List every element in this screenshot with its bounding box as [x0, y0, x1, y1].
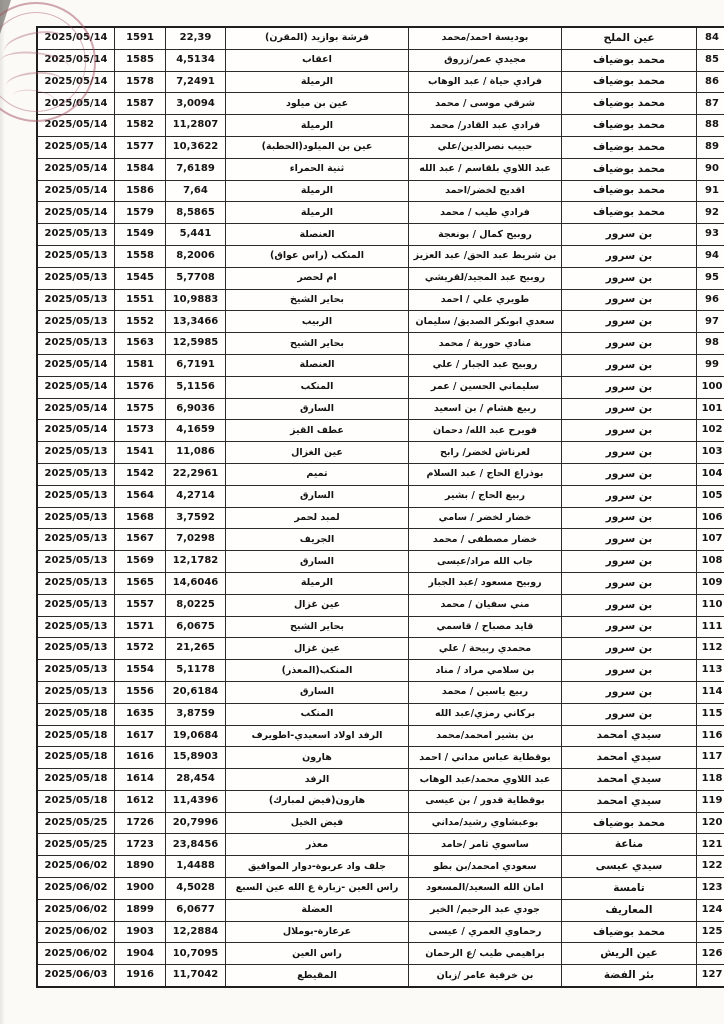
cell-num: 100	[697, 376, 724, 398]
cell-place: فيض الخيل	[226, 812, 409, 834]
cell-date: 2025/05/14	[37, 71, 115, 93]
cell-date: 2025/05/13	[37, 442, 115, 464]
cell-name: محمدي ربيحة / علي	[409, 638, 562, 660]
cell-place: الجريف	[226, 529, 409, 551]
cell-name: ربيع الحاج / بشير	[409, 485, 562, 507]
cell-place: جلف واد عربوة-دوار الموافيق	[226, 856, 409, 878]
table-row: 85محمد بوضيافمجيدي عمر/زروقاعقاب4,513415…	[37, 49, 724, 71]
cell-commune: بن سرور	[562, 420, 697, 442]
cell-commune: بن سرور	[562, 594, 697, 616]
cell-num: 122	[697, 856, 724, 878]
cell-id: 1579	[115, 202, 166, 224]
cell-date: 2025/05/14	[37, 376, 115, 398]
cell-area: 5,1178	[166, 660, 226, 682]
cell-area: 7,6189	[166, 158, 226, 180]
cell-id: 1576	[115, 376, 166, 398]
cell-name: قايد مصباح / قاسمي	[409, 616, 562, 638]
cell-id: 1557	[115, 594, 166, 616]
cell-date: 2025/05/14	[37, 93, 115, 115]
cell-place: المنكب	[226, 376, 409, 398]
cell-name: جودي عبد الرحيم/ الخير	[409, 899, 562, 921]
cell-commune: بن سرور	[562, 289, 697, 311]
cell-id: 1541	[115, 442, 166, 464]
cell-commune: سيدي امحمد	[562, 790, 697, 812]
cell-commune: سيدي امحمد	[562, 747, 697, 769]
records-tbody: 84عين الملحبوديسة احمد/محمدفرشة بوازيد (…	[37, 27, 724, 987]
cell-area: 7,0298	[166, 529, 226, 551]
cell-name: مجيدي عمر/زروق	[409, 49, 562, 71]
cell-area: 7,2491	[166, 71, 226, 93]
cell-id: 1903	[115, 921, 166, 943]
cell-commune: بن سرور	[562, 224, 697, 246]
table-row: 87محمد بوضيافشرقي موسى / محمدعين بن ميلو…	[37, 93, 724, 115]
cell-commune: بن سرور	[562, 703, 697, 725]
cell-area: 22,39	[166, 27, 226, 49]
table-row: 112بن سرورمحمدي ربيحة / عليعين غزال21,26…	[37, 638, 724, 660]
cell-place: بحاير الشيح	[226, 333, 409, 355]
cell-num: 105	[697, 485, 724, 507]
cell-name: عبد اللاوي محمد/عبد الوهاب	[409, 769, 562, 791]
cell-place: السارق	[226, 681, 409, 703]
cell-num: 102	[697, 420, 724, 442]
cell-area: 12,2884	[166, 921, 226, 943]
cell-commune: عين الملح	[562, 27, 697, 49]
cell-id: 1577	[115, 136, 166, 158]
cell-name: بن سلامي مراد / مناد	[409, 660, 562, 682]
table-row: 84عين الملحبوديسة احمد/محمدفرشة بوازيد (…	[37, 27, 724, 49]
cell-area: 12,5985	[166, 333, 226, 355]
cell-area: 10,9883	[166, 289, 226, 311]
cell-place: الرفد اولاد اسعيدي-اطويرف	[226, 725, 409, 747]
table-row: 125محمد بوضيافرحماوي العمري / عيسىعرعارة…	[37, 921, 724, 943]
cell-num: 92	[697, 202, 724, 224]
table-row: 124المعاريفجودي عبد الرحيم/ الخيرالعضلة6…	[37, 899, 724, 921]
cell-date: 2025/06/02	[37, 921, 115, 943]
cell-name: روبيح كمال / بونعجة	[409, 224, 562, 246]
table-row: 109بن سرورروبيح مسعود /عبد الجبارالرميلة…	[37, 572, 724, 594]
cell-commune: بن سرور	[562, 681, 697, 703]
cell-area: 19,0684	[166, 725, 226, 747]
cell-commune: بن سرور	[562, 551, 697, 573]
cell-place: العنصلة	[226, 354, 409, 376]
cell-place: هارون(فيض لمبارك)	[226, 790, 409, 812]
cell-num: 94	[697, 245, 724, 267]
cell-place: الرميلة	[226, 180, 409, 202]
cell-commune: بن سرور	[562, 507, 697, 529]
table-row: 123تامسةامان الله السعيد/المسعودراس العي…	[37, 878, 724, 900]
cell-num: 98	[697, 333, 724, 355]
cell-id: 1552	[115, 311, 166, 333]
cell-area: 5,7708	[166, 267, 226, 289]
cell-name: روبيح مسعود /عبد الجبار	[409, 572, 562, 594]
cell-area: 21,265	[166, 638, 226, 660]
table-row: 127بئر الفضةبن خرفية عامر /زبانالمقيطع11…	[37, 965, 724, 987]
cell-num: 124	[697, 899, 724, 921]
cell-place: عين بن ميلود	[226, 93, 409, 115]
table-row: 101بن سرورربيع هشام / بن اسعيدالسارق6,90…	[37, 398, 724, 420]
cell-place: اعقاب	[226, 49, 409, 71]
cell-area: 4,1659	[166, 420, 226, 442]
cell-id: 1556	[115, 681, 166, 703]
cell-name: حبيب نصرالدين/علي	[409, 136, 562, 158]
cell-date: 2025/06/02	[37, 943, 115, 965]
cell-num: 99	[697, 354, 724, 376]
cell-name: عبد اللاوي بلقاسم / عبد الله	[409, 158, 562, 180]
cell-date: 2025/05/14	[37, 202, 115, 224]
cell-date: 2025/05/18	[37, 790, 115, 812]
cell-date: 2025/06/02	[37, 856, 115, 878]
cell-date: 2025/05/13	[37, 616, 115, 638]
table-row: 94بن سروربن شريط عبد الحق/ عبد العزيزالم…	[37, 245, 724, 267]
cell-name: بركاني رمزي/عبد الله	[409, 703, 562, 725]
scan-corner-artifact	[0, 0, 11, 34]
cell-date: 2025/05/14	[37, 136, 115, 158]
cell-date: 2025/05/13	[37, 572, 115, 594]
scanned-page: ✶ 84عين الملحبوديسة احمد/محمدفرشة بوازيد…	[0, 0, 724, 1024]
table-row: 126عين الريشبراهيمي طيب /ع الرحمانراس ال…	[37, 943, 724, 965]
table-row: 110بن سرورمني سفيان / محمدعين غزال8,0225…	[37, 594, 724, 616]
cell-id: 1558	[115, 245, 166, 267]
cell-id: 1568	[115, 507, 166, 529]
cell-num: 106	[697, 507, 724, 529]
cell-name: ربيع ياسين / محمد	[409, 681, 562, 703]
cell-id: 1572	[115, 638, 166, 660]
cell-place: الربيب	[226, 311, 409, 333]
cell-num: 110	[697, 594, 724, 616]
cell-area: 11,7042	[166, 965, 226, 987]
cell-date: 2025/05/25	[37, 834, 115, 856]
table-row: 114بن سرورربيع ياسين / محمدالسارق20,6184…	[37, 681, 724, 703]
cell-area: 8,2006	[166, 245, 226, 267]
cell-num: 104	[697, 463, 724, 485]
cell-area: 6,9036	[166, 398, 226, 420]
cell-date: 2025/05/14	[37, 115, 115, 137]
table-row: 103بن سرورلعرناش لخضر/ رابحعين الغزال11,…	[37, 442, 724, 464]
cell-name: بوقطاية عباس مداني / احمد	[409, 747, 562, 769]
cell-num: 119	[697, 790, 724, 812]
cell-name: فرادي طيب / محمد	[409, 202, 562, 224]
cell-id: 1571	[115, 616, 166, 638]
cell-commune: بن سرور	[562, 660, 697, 682]
cell-num: 121	[697, 834, 724, 856]
cell-id: 1916	[115, 965, 166, 987]
table-row: 117سيدي امحمدبوقطاية عباس مداني / احمدها…	[37, 747, 724, 769]
table-row: 116سيدي امحمدبن بشير امحمد/محمدالرفد اول…	[37, 725, 724, 747]
cell-place: عطف القيز	[226, 420, 409, 442]
cell-place: السارق	[226, 398, 409, 420]
cell-id: 1899	[115, 899, 166, 921]
cell-date: 2025/05/13	[37, 485, 115, 507]
cell-area: 6,0675	[166, 616, 226, 638]
cell-date: 2025/05/13	[37, 267, 115, 289]
cell-commune: بن سرور	[562, 311, 697, 333]
cell-num: 97	[697, 311, 724, 333]
cell-commune: بن سرور	[562, 333, 697, 355]
cell-date: 2025/05/13	[37, 529, 115, 551]
table-row: 93بن سرورروبيح كمال / بونعجةالعنصلة5,441…	[37, 224, 724, 246]
cell-id: 1564	[115, 485, 166, 507]
cell-id: 1581	[115, 354, 166, 376]
cell-commune: سيدي عيسى	[562, 856, 697, 878]
cell-date: 2025/05/13	[37, 245, 115, 267]
cell-name: رحماوي العمري / عيسى	[409, 921, 562, 943]
cell-name: لعرناش لخضر/ رابح	[409, 442, 562, 464]
cell-place: هارون	[226, 747, 409, 769]
cell-commune: محمد بوضياف	[562, 158, 697, 180]
cell-area: 20,7996	[166, 812, 226, 834]
records-table: 84عين الملحبوديسة احمد/محمدفرشة بوازيد (…	[36, 26, 724, 988]
table-row: 89محمد بوضيافحبيب نصرالدين/عليعين بن الم…	[37, 136, 724, 158]
cell-date: 2025/06/02	[37, 899, 115, 921]
cell-area: 15,8903	[166, 747, 226, 769]
cell-date: 2025/05/14	[37, 420, 115, 442]
cell-id: 1614	[115, 769, 166, 791]
cell-name: سعدي ابوبكر الصديق/ سليمان	[409, 311, 562, 333]
cell-place: المنكب (راس عواق)	[226, 245, 409, 267]
cell-name: فرادي عبد القادر/ محمد	[409, 115, 562, 137]
table-row: 120محمد بوضيافبوعبشاوي رشيد/مدانيفيض الخ…	[37, 812, 724, 834]
cell-commune: بن سرور	[562, 616, 697, 638]
cell-id: 1551	[115, 289, 166, 311]
cell-num: 103	[697, 442, 724, 464]
cell-date: 2025/05/13	[37, 311, 115, 333]
table-row: 98بن سرورمنادي حورية / محمدبحاير الشيح12…	[37, 333, 724, 355]
cell-id: 1575	[115, 398, 166, 420]
table-row: 91محمد بوضيافاقديح لخضر/احمدالرميلة7,641…	[37, 180, 724, 202]
cell-num: 126	[697, 943, 724, 965]
table-row: 102بن سرورفويرح عبد الله/ دحمانعطف القيز…	[37, 420, 724, 442]
cell-name: فويرح عبد الله/ دحمان	[409, 420, 562, 442]
cell-num: 112	[697, 638, 724, 660]
cell-name: امان الله السعيد/المسعود	[409, 878, 562, 900]
cell-commune: بن سرور	[562, 529, 697, 551]
cell-commune: بن سرور	[562, 463, 697, 485]
cell-commune: بن سرور	[562, 398, 697, 420]
cell-name: سعودي امحمد/بن بطو	[409, 856, 562, 878]
cell-area: 23,8456	[166, 834, 226, 856]
cell-place: عرعارة-بوملال	[226, 921, 409, 943]
cell-name: براهيمي طيب /ع الرحمان	[409, 943, 562, 965]
cell-date: 2025/05/18	[37, 703, 115, 725]
table-row: 111بن سرورقايد مصباح / قاسميبحاير الشيح6…	[37, 616, 724, 638]
cell-name: بوقطاية قدور / بن عيسى	[409, 790, 562, 812]
cell-area: 10,3622	[166, 136, 226, 158]
cell-date: 2025/05/18	[37, 769, 115, 791]
cell-id: 1542	[115, 463, 166, 485]
cell-commune: بن سرور	[562, 638, 697, 660]
cell-name: طويري علي / احمد	[409, 289, 562, 311]
table-row: 88محمد بوضياففرادي عبد القادر/ محمدالرمي…	[37, 115, 724, 137]
cell-commune: محمد بوضياف	[562, 921, 697, 943]
cell-commune: مناعة	[562, 834, 697, 856]
cell-place: الرميلة	[226, 71, 409, 93]
cell-num: 95	[697, 267, 724, 289]
cell-commune: سيدي امحمد	[562, 725, 697, 747]
cell-commune: عين الريش	[562, 943, 697, 965]
table-row: 96بن سرورطويري علي / احمدبحاير الشيخ10,9…	[37, 289, 724, 311]
cell-num: 86	[697, 71, 724, 93]
cell-id: 1726	[115, 812, 166, 834]
cell-num: 84	[697, 27, 724, 49]
cell-area: 3,7592	[166, 507, 226, 529]
cell-area: 6,0677	[166, 899, 226, 921]
cell-date: 2025/05/13	[37, 681, 115, 703]
cell-commune: محمد بوضياف	[562, 136, 697, 158]
cell-commune: بن سرور	[562, 354, 697, 376]
cell-num: 115	[697, 703, 724, 725]
cell-place: عين الغزال	[226, 442, 409, 464]
cell-name: بن خرفية عامر /زبان	[409, 965, 562, 987]
cell-num: 101	[697, 398, 724, 420]
cell-id: 1900	[115, 878, 166, 900]
table-row: 100بن سرورسليماني الحسين / عمرالمنكب5,11…	[37, 376, 724, 398]
cell-area: 3,0094	[166, 93, 226, 115]
table-row: 106بن سرورخضار لخضر / ساميلمبد لحمر3,759…	[37, 507, 724, 529]
cell-date: 2025/05/18	[37, 725, 115, 747]
cell-area: 13,3466	[166, 311, 226, 333]
cell-name: بوعبشاوي رشيد/مداني	[409, 812, 562, 834]
cell-id: 1554	[115, 660, 166, 682]
cell-id: 1890	[115, 856, 166, 878]
table-row: 95بن سرورروبيح عبد المجيد/لقريشيام لحصر5…	[37, 267, 724, 289]
cell-place: السارق	[226, 551, 409, 573]
cell-commune: المعاريف	[562, 899, 697, 921]
cell-id: 1578	[115, 71, 166, 93]
cell-name: ربيع هشام / بن اسعيد	[409, 398, 562, 420]
cell-area: 3,8759	[166, 703, 226, 725]
cell-name: منادي حورية / محمد	[409, 333, 562, 355]
cell-area: 28,454	[166, 769, 226, 791]
cell-place: بحاير الشيخ	[226, 289, 409, 311]
cell-area: 4,5134	[166, 49, 226, 71]
cell-commune: بن سرور	[562, 245, 697, 267]
cell-name: بوديسة احمد/محمد	[409, 27, 562, 49]
cell-id: 1545	[115, 267, 166, 289]
cell-num: 116	[697, 725, 724, 747]
cell-place: عين غزال	[226, 638, 409, 660]
cell-place: عين بن الميلود(الحطبة)	[226, 136, 409, 158]
cell-num: 109	[697, 572, 724, 594]
cell-id: 1591	[115, 27, 166, 49]
table-row: 86محمد بوضياففرادي حياة / عبد الوهابالرم…	[37, 71, 724, 93]
cell-num: 87	[697, 93, 724, 115]
cell-date: 2025/05/18	[37, 747, 115, 769]
cell-id: 1567	[115, 529, 166, 551]
cell-area: 11,2807	[166, 115, 226, 137]
cell-commune: تامسة	[562, 878, 697, 900]
cell-area: 5,1156	[166, 376, 226, 398]
table-row: 118سيدي امحمدعبد اللاوي محمد/عبد الوهابا…	[37, 769, 724, 791]
cell-area: 22,2961	[166, 463, 226, 485]
cell-id: 1549	[115, 224, 166, 246]
table-row: 115بن سروربركاني رمزي/عبد اللهالمنكب3,87…	[37, 703, 724, 725]
cell-date: 2025/05/13	[37, 551, 115, 573]
cell-place: المنكب(المعذر)	[226, 660, 409, 682]
cell-commune: بن سرور	[562, 376, 697, 398]
cell-area: 12,1782	[166, 551, 226, 573]
cell-num: 123	[697, 878, 724, 900]
cell-commune: محمد بوضياف	[562, 49, 697, 71]
cell-area: 1,4488	[166, 856, 226, 878]
cell-area: 20,6184	[166, 681, 226, 703]
cell-date: 2025/05/13	[37, 638, 115, 660]
cell-area: 10,7095	[166, 943, 226, 965]
cell-id: 1723	[115, 834, 166, 856]
cell-name: خضار مصطفى / محمد	[409, 529, 562, 551]
cell-commune: سيدي امحمد	[562, 769, 697, 791]
cell-date: 2025/05/13	[37, 594, 115, 616]
cell-num: 111	[697, 616, 724, 638]
table-row: 97بن سرورسعدي ابوبكر الصديق/ سليمانالربي…	[37, 311, 724, 333]
cell-date: 2025/05/13	[37, 333, 115, 355]
cell-area: 8,0225	[166, 594, 226, 616]
cell-area: 4,2714	[166, 485, 226, 507]
cell-num: 91	[697, 180, 724, 202]
cell-date: 2025/05/14	[37, 49, 115, 71]
cell-id: 1587	[115, 93, 166, 115]
cell-num: 85	[697, 49, 724, 71]
table-row: 105بن سرورربيع الحاج / بشيرالسارق4,27141…	[37, 485, 724, 507]
cell-area: 6,7191	[166, 354, 226, 376]
cell-num: 127	[697, 965, 724, 987]
cell-num: 89	[697, 136, 724, 158]
cell-place: العضلة	[226, 899, 409, 921]
cell-commune: بئر الفضة	[562, 965, 697, 987]
cell-place: راس العين -زبارة ع الله عين السبع	[226, 878, 409, 900]
cell-id: 1616	[115, 747, 166, 769]
cell-place: تميم	[226, 463, 409, 485]
cell-date: 2025/05/13	[37, 224, 115, 246]
cell-date: 2025/05/14	[37, 398, 115, 420]
cell-place: ثنية الحمراء	[226, 158, 409, 180]
table-row: 121مناعةساسوي ثامر /حامدمعذر23,845617232…	[37, 834, 724, 856]
table-row: 92محمد بوضياففرادي طيب / محمدالرميلة8,58…	[37, 202, 724, 224]
cell-num: 88	[697, 115, 724, 137]
cell-area: 7,64	[166, 180, 226, 202]
cell-num: 96	[697, 289, 724, 311]
cell-area: 14,6046	[166, 572, 226, 594]
cell-name: شرقي موسى / محمد	[409, 93, 562, 115]
cell-commune: محمد بوضياف	[562, 812, 697, 834]
cell-date: 2025/05/14	[37, 180, 115, 202]
cell-id: 1582	[115, 115, 166, 137]
cell-commune: محمد بوضياف	[562, 180, 697, 202]
cell-place: الرميلة	[226, 202, 409, 224]
cell-name: ساسوي ثامر /حامد	[409, 834, 562, 856]
cell-place: الرميلة	[226, 572, 409, 594]
cell-id: 1904	[115, 943, 166, 965]
cell-date: 2025/05/13	[37, 507, 115, 529]
cell-place: عين غزال	[226, 594, 409, 616]
cell-num: 93	[697, 224, 724, 246]
cell-name: سليماني الحسين / عمر	[409, 376, 562, 398]
cell-num: 108	[697, 551, 724, 573]
cell-commune: بن سرور	[562, 267, 697, 289]
cell-num: 114	[697, 681, 724, 703]
cell-id: 1563	[115, 333, 166, 355]
cell-num: 118	[697, 769, 724, 791]
cell-name: فرادي حياة / عبد الوهاب	[409, 71, 562, 93]
cell-area: 11,4396	[166, 790, 226, 812]
cell-date: 2025/06/02	[37, 878, 115, 900]
cell-place: الرميلة	[226, 115, 409, 137]
cell-name: روبيح عبد المجيد/لقريشي	[409, 267, 562, 289]
cell-date: 2025/05/13	[37, 289, 115, 311]
cell-id: 1584	[115, 158, 166, 180]
cell-place: ام لحصر	[226, 267, 409, 289]
cell-name: جاب الله مراد/عيسى	[409, 551, 562, 573]
cell-place: المقيطع	[226, 965, 409, 987]
